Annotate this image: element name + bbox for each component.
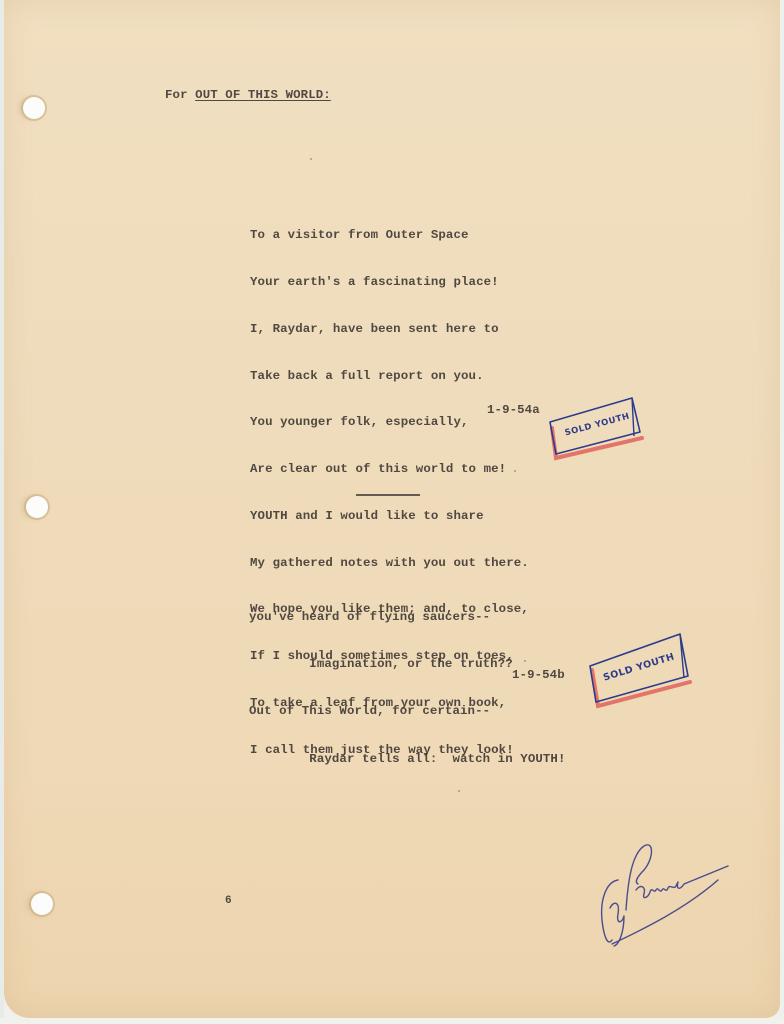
jingle-block: you've heard of flying saucers-- Imagina…: [249, 578, 566, 799]
poem-line: Take back a full report on you.: [250, 369, 529, 385]
punch-hole-bottom: [31, 893, 53, 915]
typewritten-page: For OUT OF THIS WORLD: To a visitor from…: [4, 0, 780, 1018]
paper-speck: [524, 660, 526, 662]
paper-speck: [310, 158, 312, 160]
section-divider: [356, 494, 420, 496]
poem-line: To a visitor from Outer Space: [250, 228, 529, 244]
poem-line: YOUTH and I would like to share: [250, 509, 529, 525]
jingle-line: Out of This World, for certain--: [249, 704, 566, 720]
sold-stamp-b: SOLD YOUTH: [584, 628, 694, 710]
poem-line: I, Raydar, have been sent here to: [250, 322, 529, 338]
page-heading: For OUT OF THIS WORLD:: [165, 88, 331, 102]
jingle-line: Raydar tells all: watch in YOUTH!: [249, 752, 566, 768]
punch-hole-top: [23, 97, 45, 119]
handwritten-signature: [596, 840, 731, 950]
paper-speck: [514, 470, 516, 472]
poem-line: Your earth's a fascinating place!: [250, 275, 529, 291]
heading-prefix: For: [165, 88, 195, 102]
heading-title: OUT OF THIS WORLD:: [195, 88, 331, 102]
page-number: 6: [225, 895, 232, 907]
poem-code: 1-9-54a: [487, 403, 540, 417]
scan-edge-bottom: [0, 1018, 784, 1024]
paper-speck: [458, 790, 460, 792]
jingle-line: Imagination, or the truth??: [249, 657, 566, 673]
poem-line: You younger folk, especially,: [250, 415, 529, 431]
signature-icon: [596, 840, 731, 950]
punch-hole-middle: [26, 496, 48, 518]
sold-stamp-a: SOLD YOUTH: [546, 392, 646, 464]
scan-edge-right: [780, 0, 784, 1024]
jingle-line: you've heard of flying saucers--: [249, 610, 566, 626]
poem-line: Are clear out of this world to me!: [250, 462, 529, 478]
poem-line: My gathered notes with you out there.: [250, 556, 529, 572]
